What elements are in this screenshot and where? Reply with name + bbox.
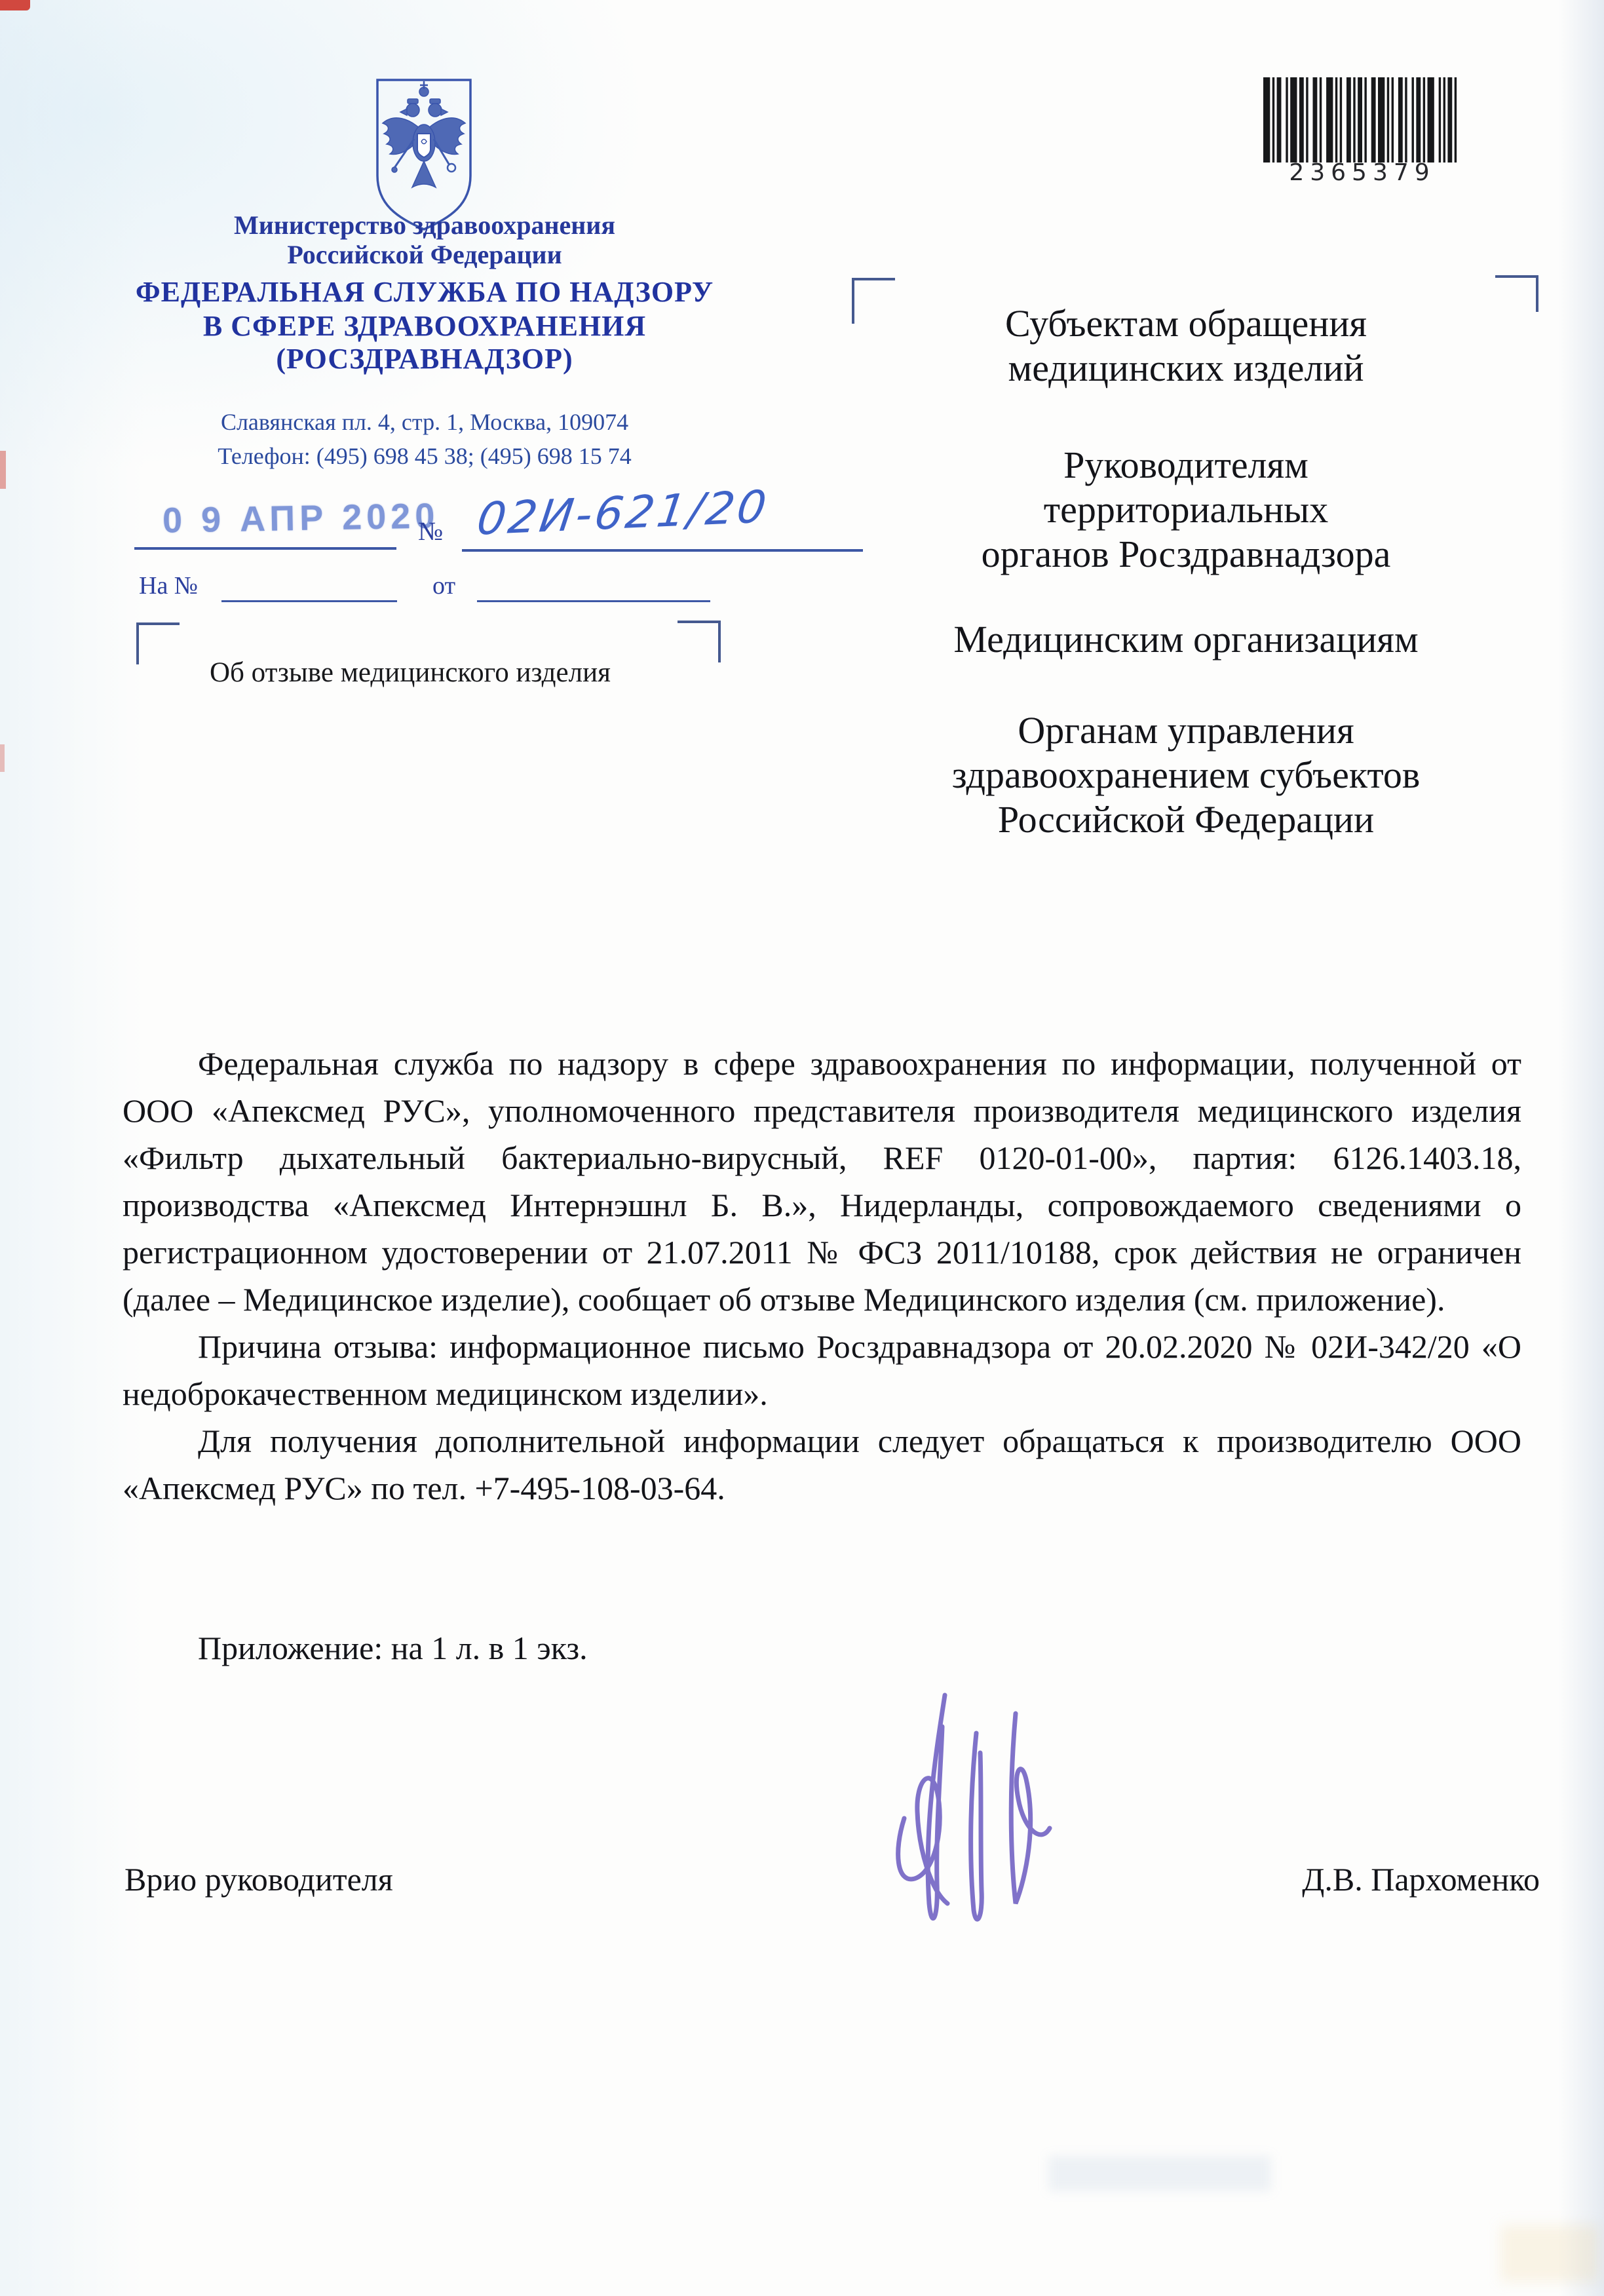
scan-red-artifact [0, 744, 5, 772]
addressee-group: Медицинским организациям [891, 617, 1481, 662]
number-sign-label: № [418, 518, 443, 545]
date-underline [134, 547, 396, 550]
handwritten-signature [885, 1687, 1055, 1943]
addressee-line: здравоохранением субъектов [891, 753, 1481, 797]
number-underline [462, 549, 863, 552]
scanned-letter-page: { "document": { "barcode": { "number": "… [0, 0, 1604, 2296]
scan-bleedthrough-smudge [1048, 2156, 1271, 2191]
addressee-bracket-top-left-vertical [852, 278, 854, 324]
scan-bleedthrough-smudge [1500, 2225, 1599, 2282]
subject-bracket-top-right-vertical [718, 621, 721, 662]
handwritten-outgoing-number: 02И-621/20 [474, 485, 771, 542]
incoming-date-label: от [432, 573, 455, 598]
service-name-line1: ФЕДЕРАЛЬНАЯ СЛУЖБА ПО НАДЗОРУ [64, 278, 785, 307]
ministry-name-line1: Министерство здравоохранения [64, 212, 785, 239]
incoming-number-blank-line [221, 600, 397, 602]
scan-red-artifact [0, 0, 30, 10]
addressee-group: Руководителям территориальных органов Ро… [891, 443, 1481, 577]
date-stamp: 0 9 АПР 2020 [162, 498, 440, 538]
body-paragraph-1: Федеральная служба по надзору в сфере зд… [123, 1040, 1521, 1323]
subject-bracket-top-right-horizontal [678, 621, 721, 623]
barcode-number: 2365379 [1263, 161, 1461, 185]
addressee-line: Руководителям [891, 443, 1481, 488]
addressee-line: Медицинским организациям [891, 617, 1481, 662]
scan-red-artifact [0, 451, 6, 489]
letterhead-address: Славянская пл. 4, стр. 1, Москва, 109074 [64, 410, 785, 434]
signature-ink-icon [885, 1687, 1055, 1943]
scan-shadow-right-edge [1558, 0, 1604, 2296]
addressee-bracket-top-left-horizontal [852, 278, 895, 280]
coat-of-arms [371, 76, 477, 233]
addressee-bracket-top-right-vertical [1536, 275, 1538, 312]
subject-bracket-top-left-horizontal [136, 622, 180, 625]
signer-position-title: Врио руководителя [124, 1863, 393, 1896]
addressee-bracket-top-right-horizontal [1495, 275, 1538, 278]
body-paragraph-2: Причина отзыва: информационное письмо Ро… [123, 1323, 1521, 1417]
incoming-date-blank-line [477, 600, 710, 602]
addressee-line: медицинских изделий [891, 346, 1481, 391]
barcode-bars-icon [1263, 77, 1461, 163]
addressee-line: органов Росздравнадзора [891, 532, 1481, 577]
letterhead-phone: Телефон: (495) 698 45 38; (495) 698 15 7… [64, 444, 785, 468]
addressee-group: Субъектам обращения медицинских изделий [891, 301, 1481, 391]
incoming-number-label: На № [139, 573, 198, 598]
service-name-line2: В СФЕРЕ ЗДРАВООХРАНЕНИЯ [64, 312, 785, 341]
service-name-line3: (РОСЗДРАВНАДЗОР) [64, 345, 785, 373]
addressee-line: территориальных [891, 488, 1481, 532]
letter-body: Федеральная служба по надзору в сфере зд… [123, 1040, 1521, 1512]
signer-name: Д.В. Пархоменко [1212, 1863, 1540, 1896]
addressee-line: Субъектам обращения [891, 301, 1481, 346]
ministry-name-line2: Российской Федерации [64, 242, 785, 268]
double-headed-eagle-icon [371, 76, 477, 233]
subject-line: Об отзыве медицинского изделия [210, 659, 611, 687]
addressee-line: Российской Федерации [891, 797, 1481, 842]
subject-bracket-top-left-vertical [136, 622, 139, 664]
attachment-note: Приложение: на 1 л. в 1 экз. [198, 1632, 588, 1664]
body-paragraph-3: Для получения дополнительной информации … [123, 1417, 1521, 1512]
addressee-line: Органам управления [891, 708, 1481, 753]
addressee-group: Органам управления здравоохранением субъ… [891, 708, 1481, 842]
